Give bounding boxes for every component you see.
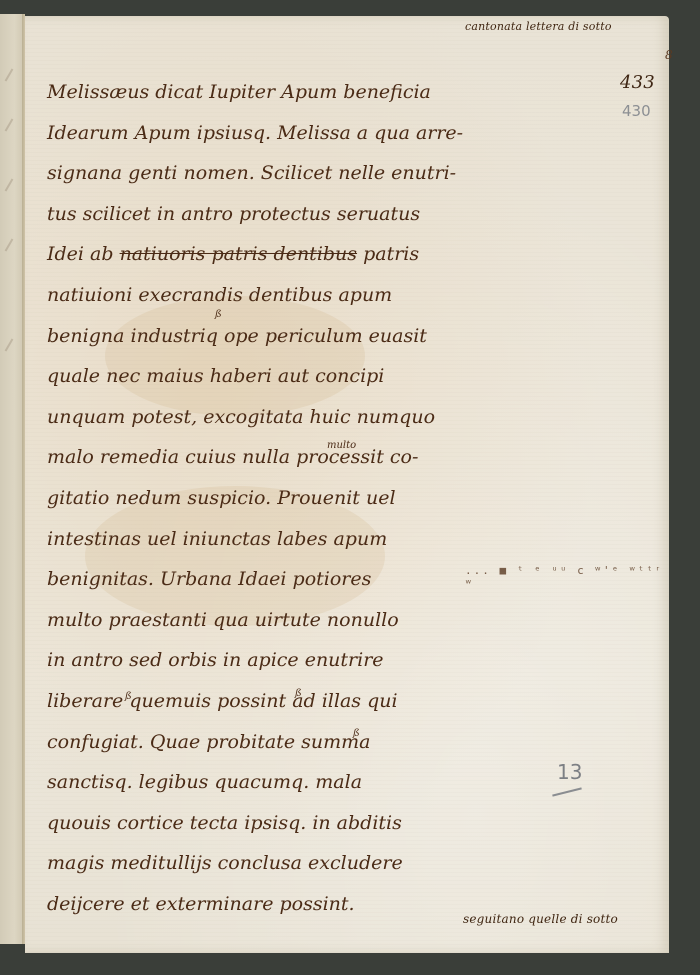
text-line: multo praestanti qua uirtute nonullo <box>47 600 527 641</box>
manuscript-leaf: cantonata lettera di sotto 8 433 430 Mel… <box>25 16 669 953</box>
text-line: benigna industriq ope periculum euasit <box>47 316 527 357</box>
bleed-through-mark <box>5 338 14 351</box>
folio-number-ink: 433 <box>620 72 655 93</box>
text-line: quale nec maius haberi aut concipi <box>47 356 527 397</box>
text-line: malo remedia cuius nulla processit co- <box>47 437 527 478</box>
text-line: Melissæus dicat Iupiter Apum beneficia <box>47 72 527 113</box>
struck-through-text: natiuoris patris dentibus <box>120 243 357 265</box>
previous-leaf-edge <box>0 14 24 944</box>
text-line: confugiat. Quae probitate summa <box>47 722 527 763</box>
bleed-through-mark <box>5 178 14 191</box>
text-line: Idearum Apum ipsiusq. Melissa a qua arre… <box>47 113 527 154</box>
text-line: in antro sed orbis in apice enutrire <box>47 640 527 681</box>
header-note: cantonata lettera di sotto <box>465 20 612 33</box>
text-line: quouis cortice tecta ipsisq. in abditis <box>47 803 527 844</box>
text-line-with-deletion: Idei ab natiuoris patris dentibus patris <box>47 234 527 275</box>
bleed-through-mark <box>5 118 14 131</box>
text-fragment: Idei ab <box>47 243 120 265</box>
folio-corner-mark: 8 <box>665 48 673 62</box>
text-line: unquam potest, excogitata huic numquo <box>47 397 527 438</box>
text-line: gitatio nedum suspicio. Prouenit uel <box>47 478 527 519</box>
margin-ink-fragment: ... ■ ᵗ ᵉ ᵘᵘ c ʷ'ᵉ ʷᵗᵗʳ ʷ <box>465 564 669 590</box>
text-line: benignitas. Urbana Idaei potiores <box>47 559 527 600</box>
folio-number-pencil: 430 <box>622 102 651 120</box>
pencil-number: 13 <box>557 760 582 784</box>
text-line: deijcere et exterminare possint. <box>47 884 527 925</box>
text-line: magis meditullijs conclusa excludere <box>47 843 527 884</box>
text-line: sanctisq. legibus quacumq. mala <box>47 762 527 803</box>
interlinear-mark: ß <box>215 309 222 320</box>
interlinear-mark: ß <box>125 691 132 702</box>
interlinear-mark: ß <box>353 728 360 739</box>
text-line: natiuioni execrandis dentibus apum <box>47 275 527 316</box>
catchword: seguitano quelle di sotto <box>463 912 618 926</box>
manuscript-text-block: Melissæus dicat Iupiter Apum beneficia I… <box>47 72 527 924</box>
pencil-underline <box>552 787 582 796</box>
manuscript-scan: cantonata lettera di sotto 8 433 430 Mel… <box>0 0 700 975</box>
interlinear-mark: ß <box>295 688 302 699</box>
text-line: intestinas uel iniunctas labes apum <box>47 519 527 560</box>
text-line: signana genti nomen. Scilicet nelle enut… <box>47 153 527 194</box>
text-line: liberare quemuis possint ad illas qui <box>47 681 527 722</box>
text-line: tus scilicet in antro protectus seruatus <box>47 194 527 235</box>
bleed-through-mark <box>5 68 14 81</box>
text-fragment: patris <box>357 243 419 265</box>
interlinear-insertion: multo <box>327 440 356 451</box>
bleed-through-mark <box>5 238 14 251</box>
